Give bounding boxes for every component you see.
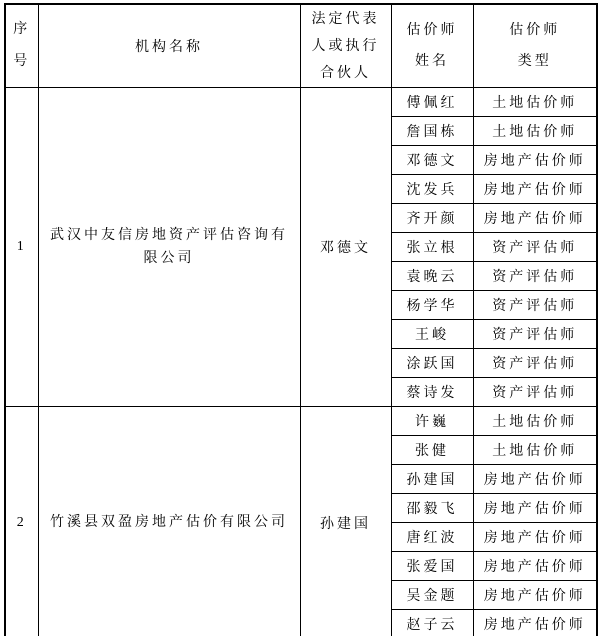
appraiser-name-cell: 张健	[391, 436, 473, 465]
col-header-seq: 序号	[5, 4, 38, 88]
seq-cell: 1	[5, 88, 38, 407]
table-row: 1 武汉中友信房地资产评估咨询有限公司 邓德文 傅佩红 土地估价师	[5, 88, 597, 117]
appraiser-type-cell: 房地产估价师	[473, 581, 597, 610]
appraiser-type-cell: 资产评估师	[473, 262, 597, 291]
appraiser-name-cell: 吴金题	[391, 581, 473, 610]
appraiser-org-table: 序号 机构名称 法定代表人或执行合伙人 估价师姓名 估价师类型 1 武汉中友信房…	[4, 3, 598, 636]
appraiser-type-cell: 房地产估价师	[473, 494, 597, 523]
appraiser-name-cell: 沈发兵	[391, 175, 473, 204]
org-cell: 武汉中友信房地资产评估咨询有限公司	[38, 88, 300, 407]
appraiser-type-cell: 资产评估师	[473, 378, 597, 407]
appraiser-name-cell: 詹国栋	[391, 117, 473, 146]
appraiser-name-cell: 孙建国	[391, 465, 473, 494]
col-header-appraiser-type: 估价师类型	[473, 4, 597, 88]
col-header-appraiser-name: 估价师姓名	[391, 4, 473, 88]
appraiser-name-cell: 涂跃国	[391, 349, 473, 378]
appraiser-name-cell: 邓德文	[391, 146, 473, 175]
appraiser-type-cell: 土地估价师	[473, 407, 597, 436]
appraiser-type-cell: 房地产估价师	[473, 175, 597, 204]
table-row: 2 竹溪县双盈房地产估价有限公司 孙建国 许巍 土地估价师	[5, 407, 597, 436]
appraiser-name-cell: 许巍	[391, 407, 473, 436]
appraiser-type-cell: 资产评估师	[473, 320, 597, 349]
appraiser-type-cell: 房地产估价师	[473, 523, 597, 552]
appraiser-type-cell: 房地产估价师	[473, 146, 597, 175]
appraiser-type-cell: 房地产估价师	[473, 552, 597, 581]
appraiser-type-cell: 资产评估师	[473, 349, 597, 378]
rep-cell: 邓德文	[300, 88, 391, 407]
appraiser-type-cell: 资产评估师	[473, 291, 597, 320]
appraiser-type-cell: 土地估价师	[473, 117, 597, 146]
appraiser-name-cell: 齐开颜	[391, 204, 473, 233]
table-header-row: 序号 机构名称 法定代表人或执行合伙人 估价师姓名 估价师类型	[5, 4, 597, 88]
appraiser-name-cell: 袁晚云	[391, 262, 473, 291]
appraiser-name-cell: 邵毅飞	[391, 494, 473, 523]
appraiser-name-cell: 王峻	[391, 320, 473, 349]
appraiser-name-cell: 张爱国	[391, 552, 473, 581]
appraiser-type-cell: 土地估价师	[473, 88, 597, 117]
appraiser-type-cell: 房地产估价师	[473, 204, 597, 233]
col-header-rep: 法定代表人或执行合伙人	[300, 4, 391, 88]
appraiser-type-cell: 房地产估价师	[473, 465, 597, 494]
document-page: 序号 机构名称 法定代表人或执行合伙人 估价师姓名 估价师类型 1 武汉中友信房…	[0, 0, 599, 636]
appraiser-type-cell: 房地产估价师	[473, 610, 597, 636]
appraiser-name-cell: 傅佩红	[391, 88, 473, 117]
appraiser-name-cell: 张立根	[391, 233, 473, 262]
rep-cell: 孙建国	[300, 407, 391, 636]
appraiser-type-cell: 资产评估师	[473, 233, 597, 262]
appraiser-name-cell: 唐红波	[391, 523, 473, 552]
appraiser-name-cell: 赵子云	[391, 610, 473, 636]
seq-cell: 2	[5, 407, 38, 636]
appraiser-name-cell: 蔡诗发	[391, 378, 473, 407]
appraiser-type-cell: 土地估价师	[473, 436, 597, 465]
org-cell: 竹溪县双盈房地产估价有限公司	[38, 407, 300, 636]
col-header-org: 机构名称	[38, 4, 300, 88]
appraiser-name-cell: 杨学华	[391, 291, 473, 320]
